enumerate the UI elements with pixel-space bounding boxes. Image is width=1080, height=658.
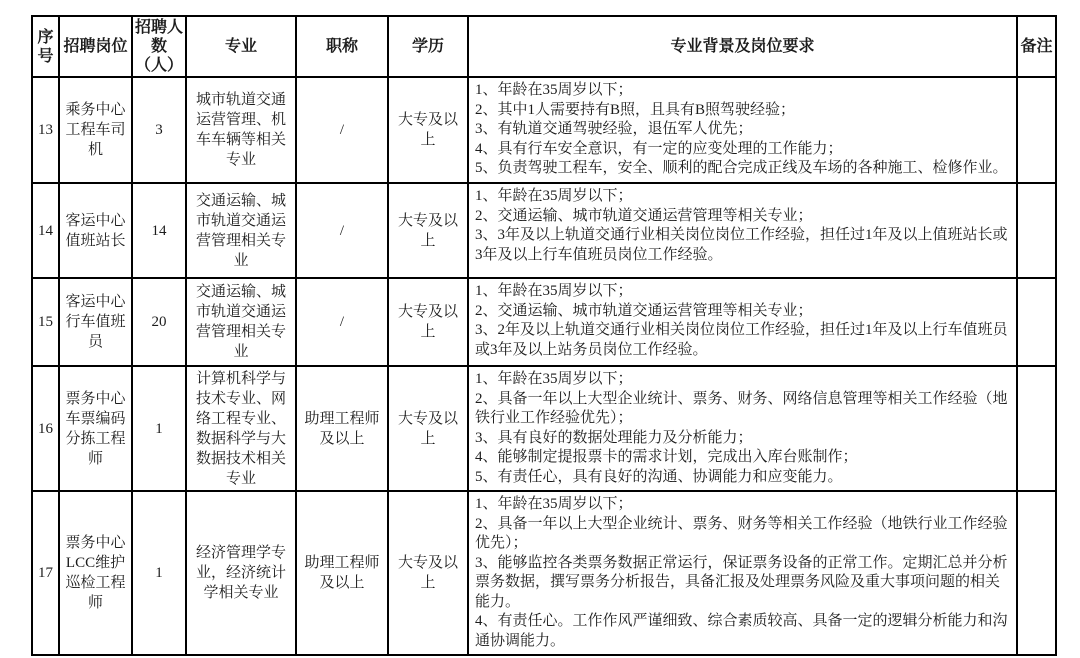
title-cell: / xyxy=(296,278,388,366)
table-row: 14 客运中心值班站长 14 交通运输、城市轨道交通运营管理相关专业 / 大专及… xyxy=(32,183,1056,278)
header-education: 学历 xyxy=(388,16,468,77)
requirement-line: 1、年龄在35周岁以下； xyxy=(475,187,1010,207)
remark-cell xyxy=(1017,183,1056,278)
headcount-cell: 20 xyxy=(132,278,186,366)
requirement-line: 4、具有行车安全意识，有一定的应变处理的工作能力； xyxy=(475,140,1010,160)
major-cell: 经济管理学专业，经济统计学相关专业 xyxy=(186,491,296,655)
requirement-line: 3、具有良好的数据处理能力及分析能力； xyxy=(475,429,1010,449)
requirements-cell: 1、年龄在35周岁以下；2、交通运输、城市轨道交通运营管理等相关专业；3、2年及… xyxy=(468,278,1017,366)
title-cell: 助理工程师及以上 xyxy=(296,491,388,655)
requirements-cell: 1、年龄在35周岁以下；2、具备一年以上大型企业统计、票务、财务、网络信息管理等… xyxy=(468,366,1017,491)
education-cell: 大专及以上 xyxy=(388,491,468,655)
major-cell: 交通运输、城市轨道交通运营管理相关专业 xyxy=(186,278,296,366)
serial-number-cell: 16 xyxy=(32,366,59,491)
headcount-cell: 1 xyxy=(132,366,186,491)
position-cell: 客运中心值班站长 xyxy=(59,183,132,278)
headcount-cell: 3 xyxy=(132,77,186,183)
requirement-line: 5、有责任心，具有良好的沟通、协调能力和应变能力。 xyxy=(475,468,1010,488)
requirement-line: 1、年龄在35周岁以下； xyxy=(475,282,1010,302)
requirement-line: 4、有责任心。工作作风严谨细致、综合素质较高、具备一定的逻辑分析能力和沟通协调能… xyxy=(475,612,1010,651)
remark-cell xyxy=(1017,366,1056,491)
requirements-cell: 1、年龄在35周岁以下；2、具备一年以上大型企业统计、票务、财务等相关工作经验（… xyxy=(468,491,1017,655)
header-row: 序号 招聘岗位 招聘人数（人） 专业 职称 学历 专业背景及岗位要求 备注 xyxy=(32,16,1056,77)
recruitment-table: 序号 招聘岗位 招聘人数（人） 专业 职称 学历 专业背景及岗位要求 备注 13… xyxy=(31,15,1057,656)
table-row: 13 乘务中心工程车司机 3 城市轨道交通运营管理、机车车辆等相关专业 / 大专… xyxy=(32,77,1056,183)
requirement-line: 1、年龄在35周岁以下； xyxy=(475,495,1010,515)
major-cell: 城市轨道交通运营管理、机车车辆等相关专业 xyxy=(186,77,296,183)
education-cell: 大专及以上 xyxy=(388,278,468,366)
title-cell: / xyxy=(296,183,388,278)
position-cell: 票务中心LCC维护巡检工程师 xyxy=(59,491,132,655)
headcount-cell: 14 xyxy=(132,183,186,278)
education-cell: 大专及以上 xyxy=(388,366,468,491)
requirement-line: 5、负责驾驶工程车，安全、顺利的配合完成正线及车场的各种施工、检修作业。 xyxy=(475,159,1010,179)
major-cell: 交通运输、城市轨道交通运营管理相关专业 xyxy=(186,183,296,278)
position-cell: 客运中心行车值班员 xyxy=(59,278,132,366)
requirement-line: 2、交通运输、城市轨道交通运营管理等相关专业； xyxy=(475,207,1010,227)
requirement-line: 3、能够监控各类票务数据正常运行，保证票务设备的正常工作。定期汇总并分析票务数据… xyxy=(475,554,1010,613)
headcount-cell: 1 xyxy=(132,491,186,655)
header-remark: 备注 xyxy=(1017,16,1056,77)
requirement-line: 4、能够制定提报票卡的需求计划，完成出入库台账制作； xyxy=(475,448,1010,468)
remark-cell xyxy=(1017,77,1056,183)
header-position: 招聘岗位 xyxy=(59,16,132,77)
remark-cell xyxy=(1017,491,1056,655)
serial-number-cell: 17 xyxy=(32,491,59,655)
education-cell: 大专及以上 xyxy=(388,77,468,183)
header-headcount: 招聘人数（人） xyxy=(132,16,186,77)
position-cell: 票务中心车票编码分拣工程师 xyxy=(59,366,132,491)
requirement-line: 2、交通运输、城市轨道交通运营管理等相关专业； xyxy=(475,302,1010,322)
serial-number-cell: 13 xyxy=(32,77,59,183)
table-row: 17 票务中心LCC维护巡检工程师 1 经济管理学专业，经济统计学相关专业 助理… xyxy=(32,491,1056,655)
requirement-line: 1、年龄在35周岁以下； xyxy=(475,81,1010,101)
requirement-line: 3、3年及以上轨道交通行业相关岗位岗位工作经验，担任过1年及以上值班站长或3年及… xyxy=(475,226,1010,265)
requirement-line: 3、有轨道交通驾驶经验，退伍军人优先； xyxy=(475,120,1010,140)
major-cell: 计算机科学与技术专业、网络工程专业、数据科学与大数据技术相关专业 xyxy=(186,366,296,491)
requirement-line: 2、其中1人需要持有B照，且具有B照驾驶经验； xyxy=(475,101,1010,121)
table-row: 15 客运中心行车值班员 20 交通运输、城市轨道交通运营管理相关专业 / 大专… xyxy=(32,278,1056,366)
requirement-line: 2、具备一年以上大型企业统计、票务、财务等相关工作经验（地铁行业工作经验优先）； xyxy=(475,515,1010,554)
header-requirements: 专业背景及岗位要求 xyxy=(468,16,1017,77)
education-cell: 大专及以上 xyxy=(388,183,468,278)
header-serial-number: 序号 xyxy=(32,16,59,77)
requirement-line: 2、具备一年以上大型企业统计、票务、财务、网络信息管理等相关工作经验（地铁行业工… xyxy=(475,390,1010,429)
serial-number-cell: 15 xyxy=(32,278,59,366)
serial-number-cell: 14 xyxy=(32,183,59,278)
requirements-cell: 1、年龄在35周岁以下；2、其中1人需要持有B照，且具有B照驾驶经验；3、有轨道… xyxy=(468,77,1017,183)
title-cell: 助理工程师及以上 xyxy=(296,366,388,491)
table-row: 16 票务中心车票编码分拣工程师 1 计算机科学与技术专业、网络工程专业、数据科… xyxy=(32,366,1056,491)
recruitment-table-page: 序号 招聘岗位 招聘人数（人） 专业 职称 学历 专业背景及岗位要求 备注 13… xyxy=(31,15,1057,656)
header-title: 职称 xyxy=(296,16,388,77)
header-major: 专业 xyxy=(186,16,296,77)
position-cell: 乘务中心工程车司机 xyxy=(59,77,132,183)
title-cell: / xyxy=(296,77,388,183)
requirements-cell: 1、年龄在35周岁以下；2、交通运输、城市轨道交通运营管理等相关专业；3、3年及… xyxy=(468,183,1017,278)
requirement-line: 3、2年及以上轨道交通行业相关岗位岗位工作经验，担任过1年及以上行车值班员或3年… xyxy=(475,321,1010,360)
requirement-line: 1、年龄在35周岁以下； xyxy=(475,370,1010,390)
remark-cell xyxy=(1017,278,1056,366)
